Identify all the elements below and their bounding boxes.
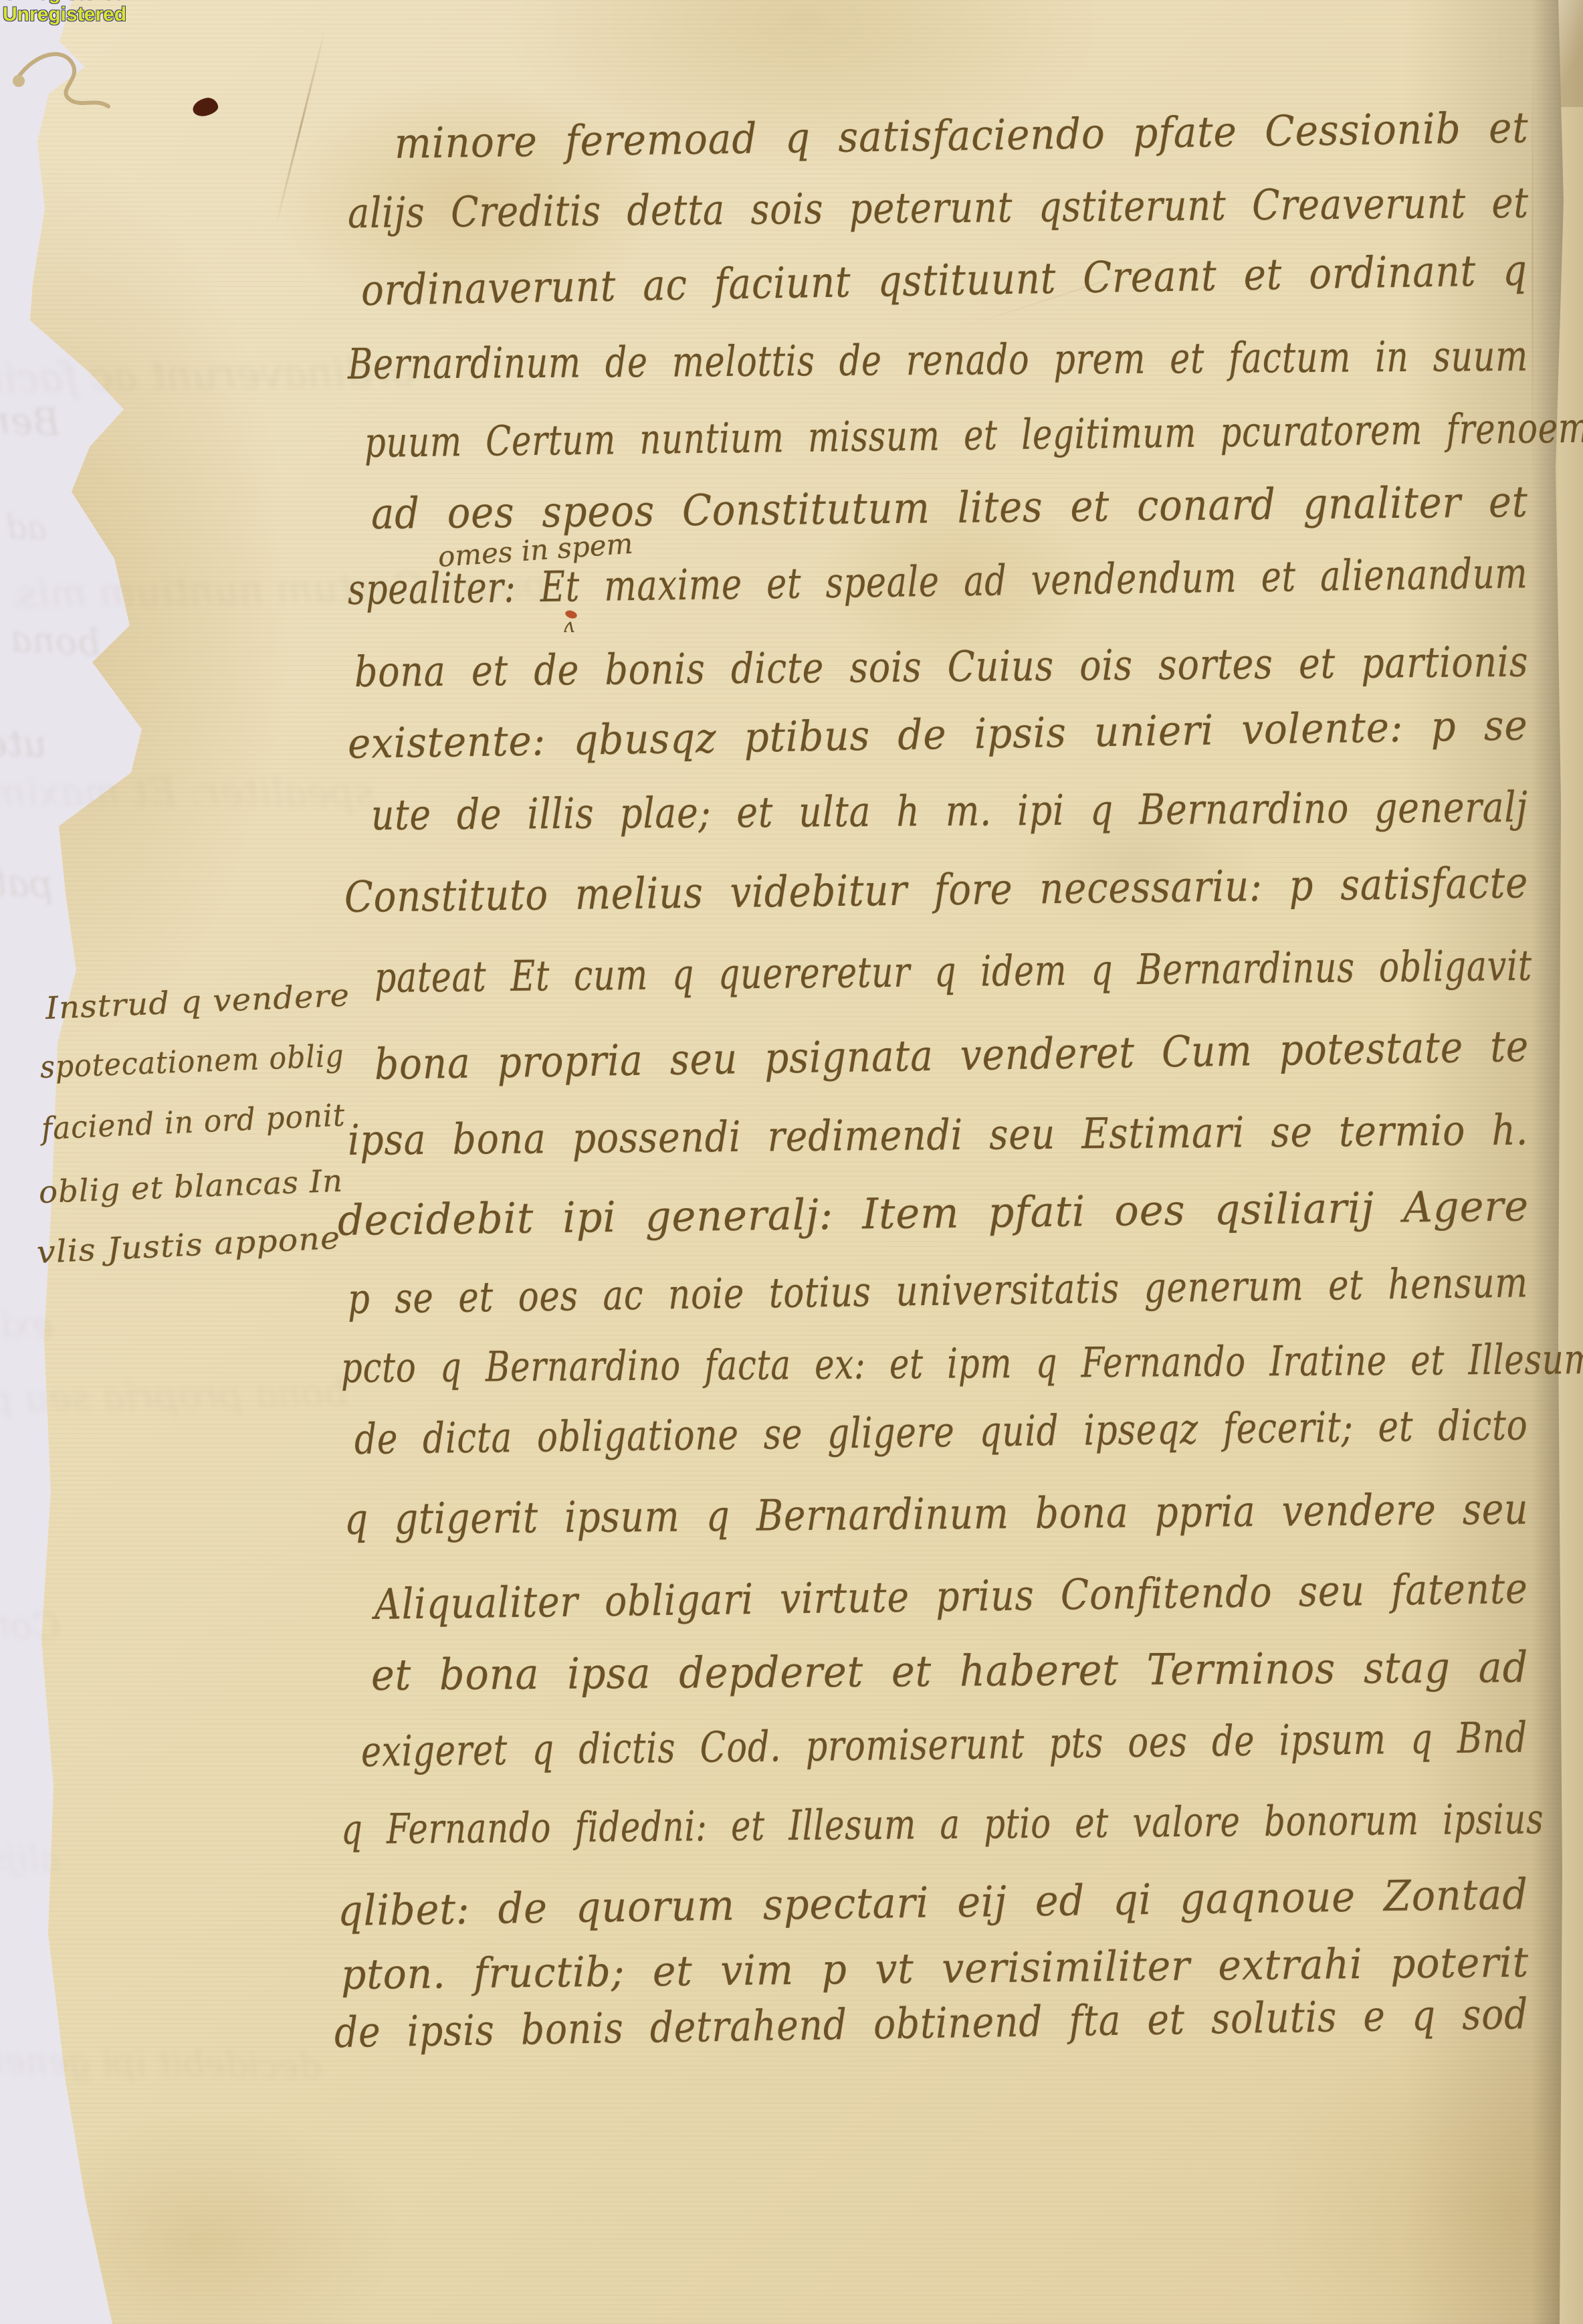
manuscript-line: et bona ipsa depderet et haberet Termino… — [371, 1643, 1529, 1701]
manuscript-line: pcto q Bernardino facta ex: et ipm q Fer… — [341, 1335, 1583, 1392]
bleedthrough-ghost-line: bona et de bonis dicte sois Cuius ois so… — [0, 607, 102, 664]
manuscript-line: alijs Creditis detta sois peterunt qstit… — [348, 179, 1529, 237]
manuscript-line: ipsa bona possendi redimendi seu Estimar… — [348, 1106, 1529, 1165]
bleedthrough-ghost-line: ad oes speos Constitutum lites et conard… — [0, 504, 47, 547]
bleedthrough-ghost-line: ute de illis plae; et ulta h m. ipi q Be… — [0, 717, 47, 766]
scanned-manuscript-page: Bernardinum de melottis de renado prem e… — [0, 0, 1583, 2324]
bleedthrough-ghost-line: Bernardinum de melottis de renado prem e… — [0, 390, 61, 445]
manuscript-line: Bernardinum de melottis de renado prem e… — [348, 332, 1528, 389]
bleedthrough-ghost-line: pateat Et cum q quereretur q idem q Bern… — [0, 852, 54, 906]
watermark-text: Unregistered — [3, 4, 126, 25]
paper-fiber — [8, 37, 122, 124]
manuscript-line: q gtigerit ipsum q Bernardinum bona ppri… — [344, 1485, 1529, 1545]
manuscript-line: ute de illis plae; et ulta h m. ipi q Be… — [371, 783, 1528, 840]
scanner-watermark: Unregistered Unregistered — [3, 0, 126, 25]
manuscript-line: bona et de bonis dicte sois Cuius ois so… — [354, 638, 1529, 696]
